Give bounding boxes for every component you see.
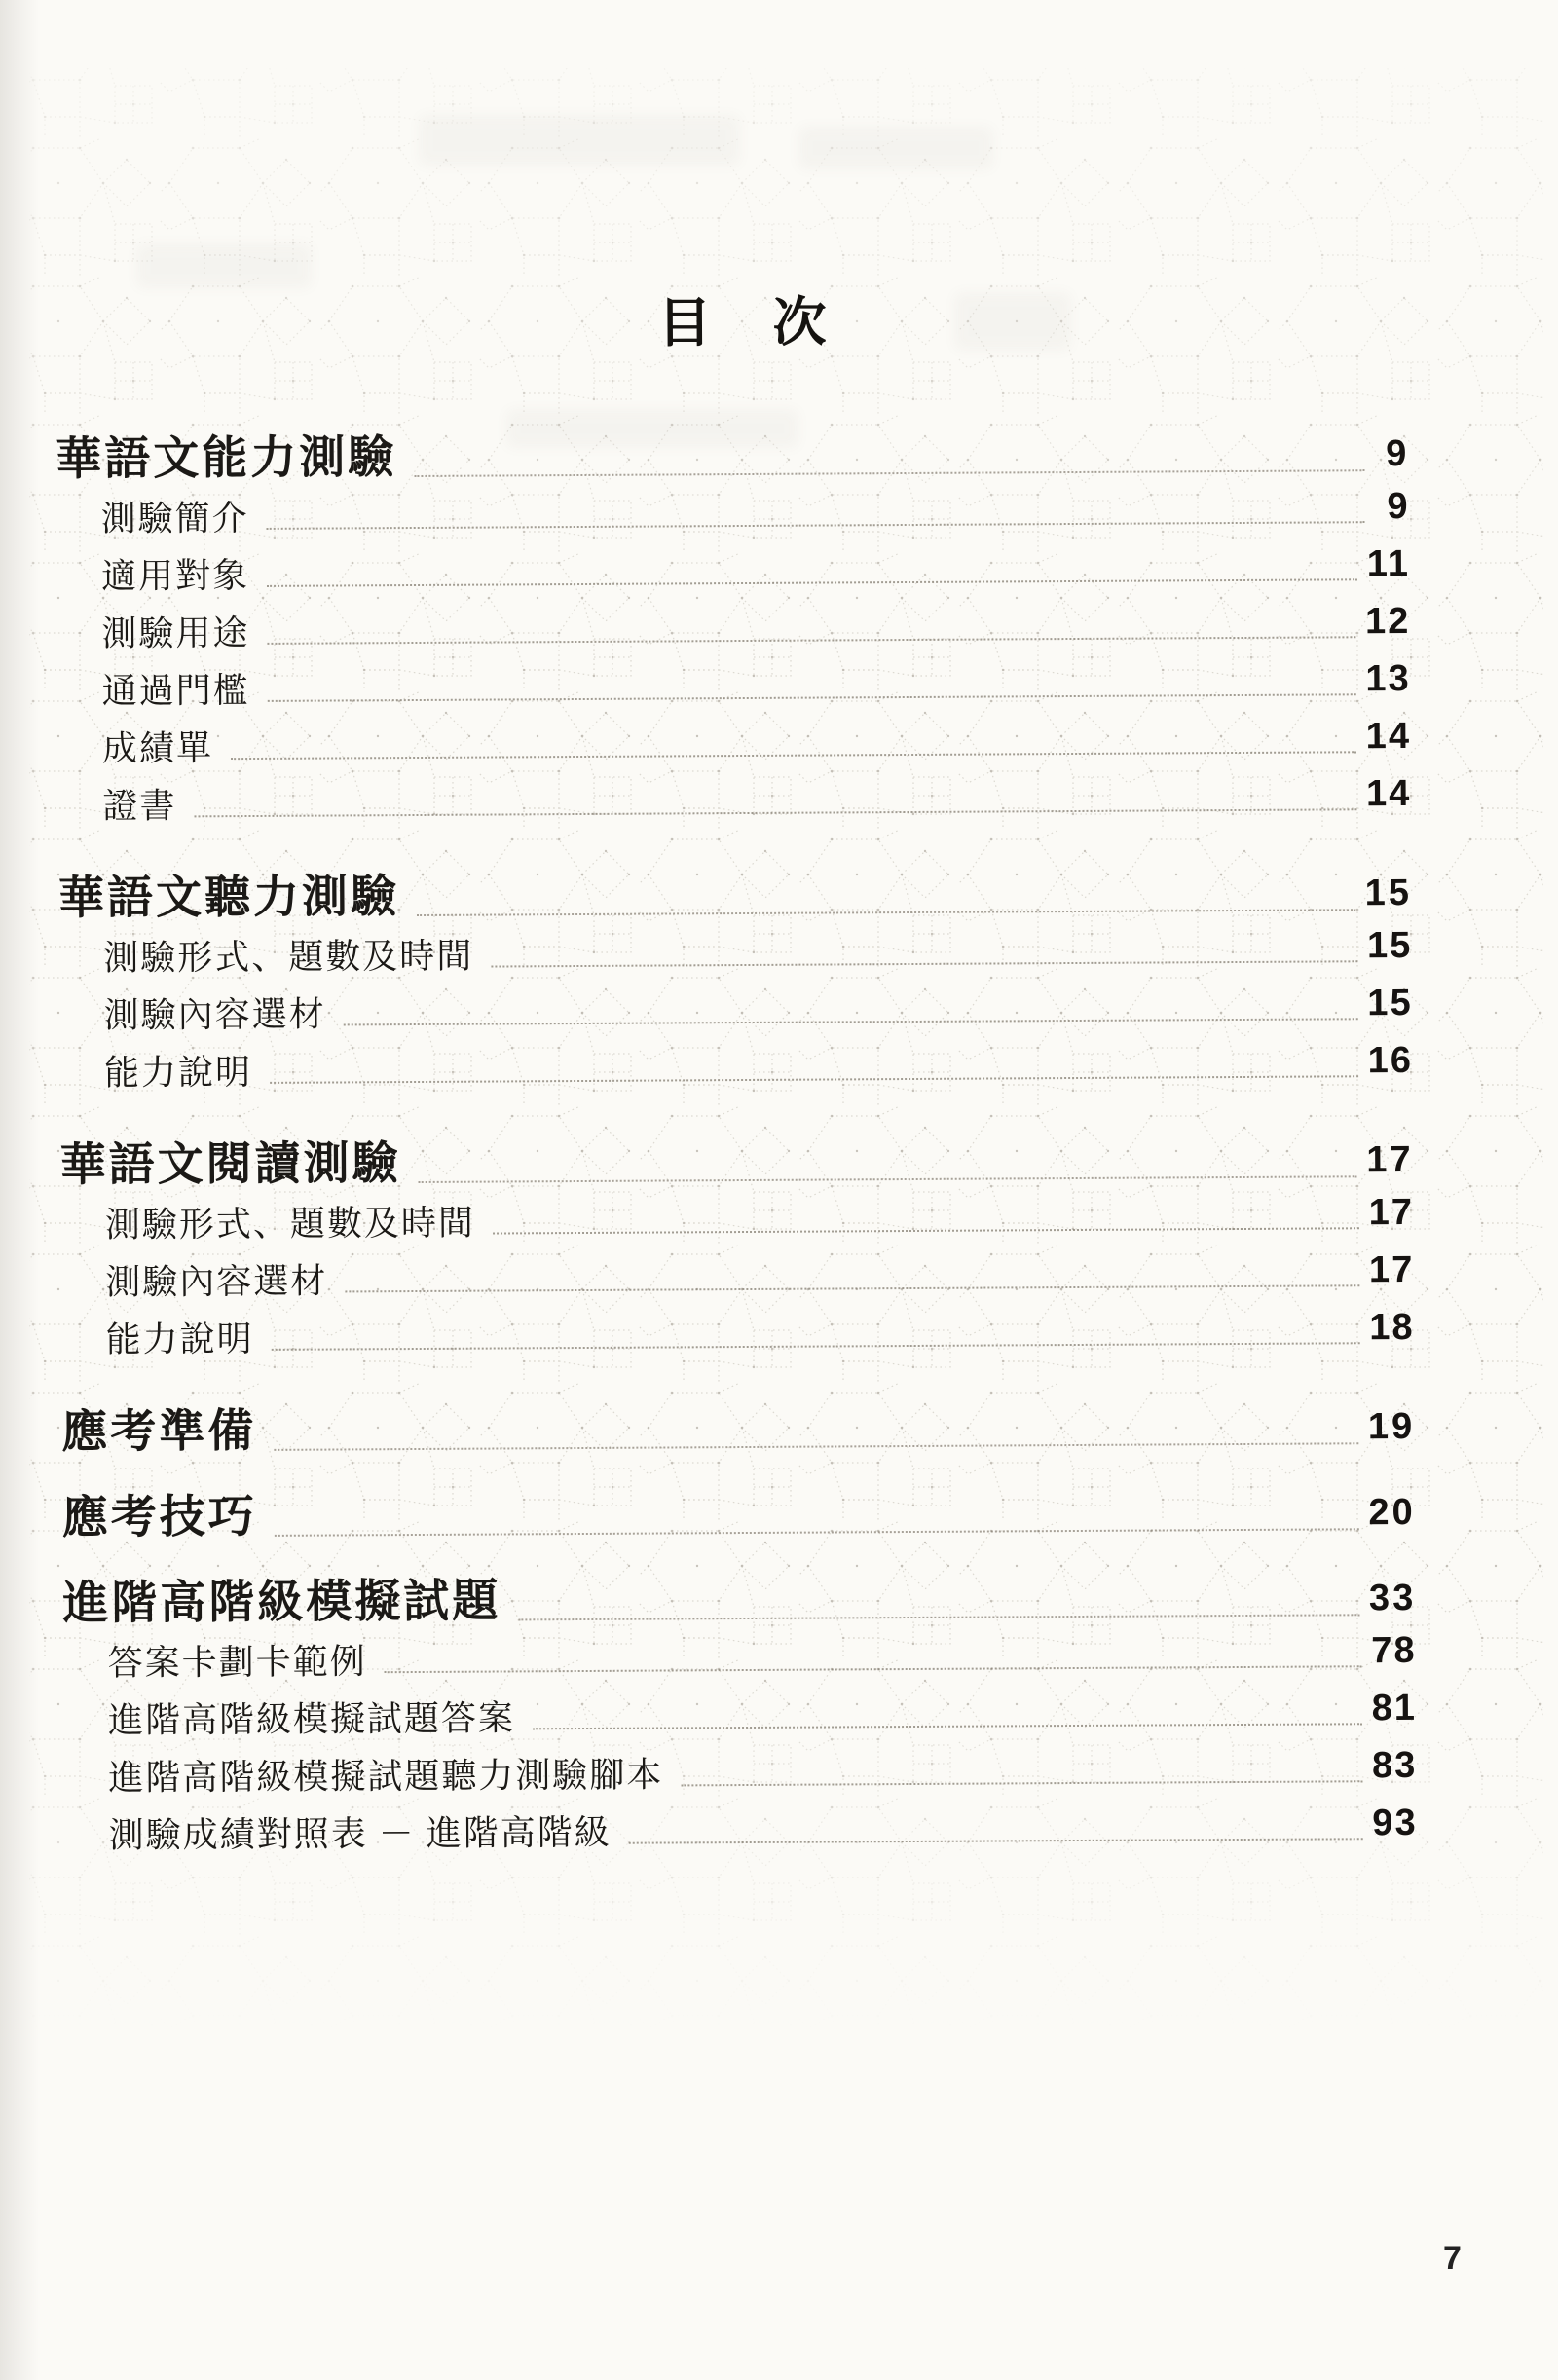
item-label: 證書 (102, 786, 176, 826)
page-number: 14 (1366, 775, 1412, 812)
item-label: 適用對象 (101, 556, 249, 596)
toc-sub-row: 測驗內容選材17 (5, 1251, 1414, 1303)
toc-sub-row: 能力說明16 (4, 1042, 1413, 1094)
section-label: 應考技巧 (62, 1492, 257, 1544)
leader-dots (345, 1284, 1359, 1292)
page-number: 20 (1368, 1494, 1416, 1531)
item-label: 成績單 (102, 728, 213, 768)
toc-section-row: 華語文聽力測驗15 (3, 861, 1412, 926)
toc-sub-row: 測驗形式、題數及時間15 (3, 927, 1412, 979)
leader-dots (419, 1175, 1357, 1183)
page-number: 81 (1372, 1690, 1418, 1727)
toc-sub-row: 測驗內容選材15 (4, 985, 1413, 1036)
item-label: 測驗用途 (101, 614, 249, 653)
toc-sub-row: 測驗形式、題數及時間17 (5, 1194, 1414, 1246)
leader-dots (272, 1342, 1360, 1351)
leader-dots (518, 1614, 1359, 1620)
section-label: 華語文能力測驗 (56, 432, 396, 486)
leader-dots (629, 1838, 1363, 1843)
toc-section-row: 應考準備19 (6, 1395, 1415, 1460)
leader-dots (274, 1442, 1358, 1451)
page-number: 15 (1365, 874, 1413, 911)
leader-dots (533, 1723, 1362, 1729)
leader-dots (194, 808, 1356, 817)
item-label: 測驗內容選材 (105, 1261, 327, 1302)
item-label: 能力說明 (106, 1320, 254, 1359)
leader-dots (267, 578, 1357, 587)
page-number: 11 (1367, 545, 1410, 582)
toc-sub-row: 通過門檻13 (2, 660, 1411, 712)
leader-dots (267, 521, 1365, 530)
item-label: 測驗內容選材 (104, 994, 326, 1035)
leader-dots (270, 1075, 1358, 1084)
toc-section-row: 華語文能力測驗9 (0, 422, 1409, 487)
item-label: 測驗形式、題數及時間 (105, 1203, 475, 1245)
scanned-toc-page: { "page": { "title": "目 次", "folio": "7"… (0, 0, 1558, 2380)
page-number: 17 (1369, 1251, 1415, 1288)
toc-sub-row: 適用對象11 (1, 545, 1410, 597)
page-number: 16 (1368, 1042, 1414, 1079)
section-label: 華語文聽力測驗 (58, 872, 399, 925)
page-number: 15 (1367, 927, 1413, 964)
item-label: 測驗成績對照表 － 進階高階級 (109, 1813, 612, 1855)
toc-sub-row: 成績單14 (2, 718, 1411, 769)
leader-dots (385, 1665, 1362, 1673)
page-number: 14 (1366, 718, 1412, 755)
item-label: 通過門檻 (102, 671, 250, 711)
page-number: 15 (1367, 985, 1413, 1022)
page-number: 13 (1365, 660, 1411, 697)
leader-dots (491, 960, 1357, 967)
toc-sub-row: 測驗用途12 (1, 603, 1410, 654)
page-number: 9 (1374, 435, 1409, 472)
item-label: 進階高階級模擬試題答案 (108, 1698, 515, 1740)
page-number: 33 (1369, 1580, 1417, 1617)
item-label: 能力說明 (104, 1053, 252, 1093)
page-content: 目 次 華語文能力測驗9測驗簡介9適用對象11測驗用途12通過門檻13成績單14… (0, 0, 1558, 2380)
page-number: 83 (1372, 1747, 1418, 1784)
toc-sub-row: 進階高階級模擬試題答案81 (8, 1690, 1417, 1741)
item-label: 進階高階級模擬試題聽力測驗腳本 (108, 1755, 663, 1798)
page-number: 18 (1369, 1309, 1415, 1346)
page-number: 17 (1366, 1141, 1414, 1178)
section-label: 應考準備 (61, 1406, 256, 1459)
leader-dots (417, 909, 1355, 916)
page-number: 19 (1368, 1408, 1416, 1445)
page-number: 17 (1369, 1194, 1415, 1231)
toc-section-row: 華語文閱讀測驗17 (4, 1128, 1413, 1193)
toc-section-row: 應考技巧20 (7, 1480, 1416, 1545)
toc-sub-row: 能力說明18 (6, 1309, 1415, 1360)
section-label: 華語文閱讀測驗 (59, 1138, 400, 1192)
toc-sub-row: 答案卡劃卡範例78 (8, 1632, 1417, 1684)
item-label: 測驗簡介 (101, 499, 249, 539)
toc-sub-row: 進階高階級模擬試題聽力測驗腳本83 (8, 1747, 1417, 1799)
leader-dots (231, 751, 1356, 760)
item-label: 答案卡劃卡範例 (108, 1642, 367, 1683)
leader-dots (493, 1227, 1359, 1234)
leader-dots (414, 469, 1364, 477)
page-number: 9 (1375, 488, 1410, 525)
page-number: 78 (1371, 1632, 1417, 1669)
leader-dots (344, 1018, 1358, 1025)
toc-section-row: 進階高階級模擬試題33 (7, 1566, 1416, 1631)
page-number: 12 (1365, 603, 1411, 640)
section-label: 進階高階級模擬試題 (62, 1577, 501, 1630)
toc-list: 華語文能力測驗9測驗簡介9適用對象11測驗用途12通過門檻13成績單14證書14… (0, 0, 1418, 1856)
leader-dots (681, 1780, 1362, 1786)
leader-dots (267, 636, 1355, 645)
toc-sub-row: 測驗簡介9 (1, 488, 1410, 539)
leader-dots (268, 693, 1356, 702)
page-number: 93 (1372, 1804, 1418, 1841)
folio-number: 7 (1443, 2240, 1462, 2278)
toc-sub-row: 證書14 (2, 775, 1411, 827)
toc-sub-row: 測驗成績對照表 － 進階高階級93 (9, 1804, 1418, 1856)
leader-dots (275, 1528, 1359, 1537)
item-label: 測驗形式、題數及時間 (103, 936, 473, 978)
